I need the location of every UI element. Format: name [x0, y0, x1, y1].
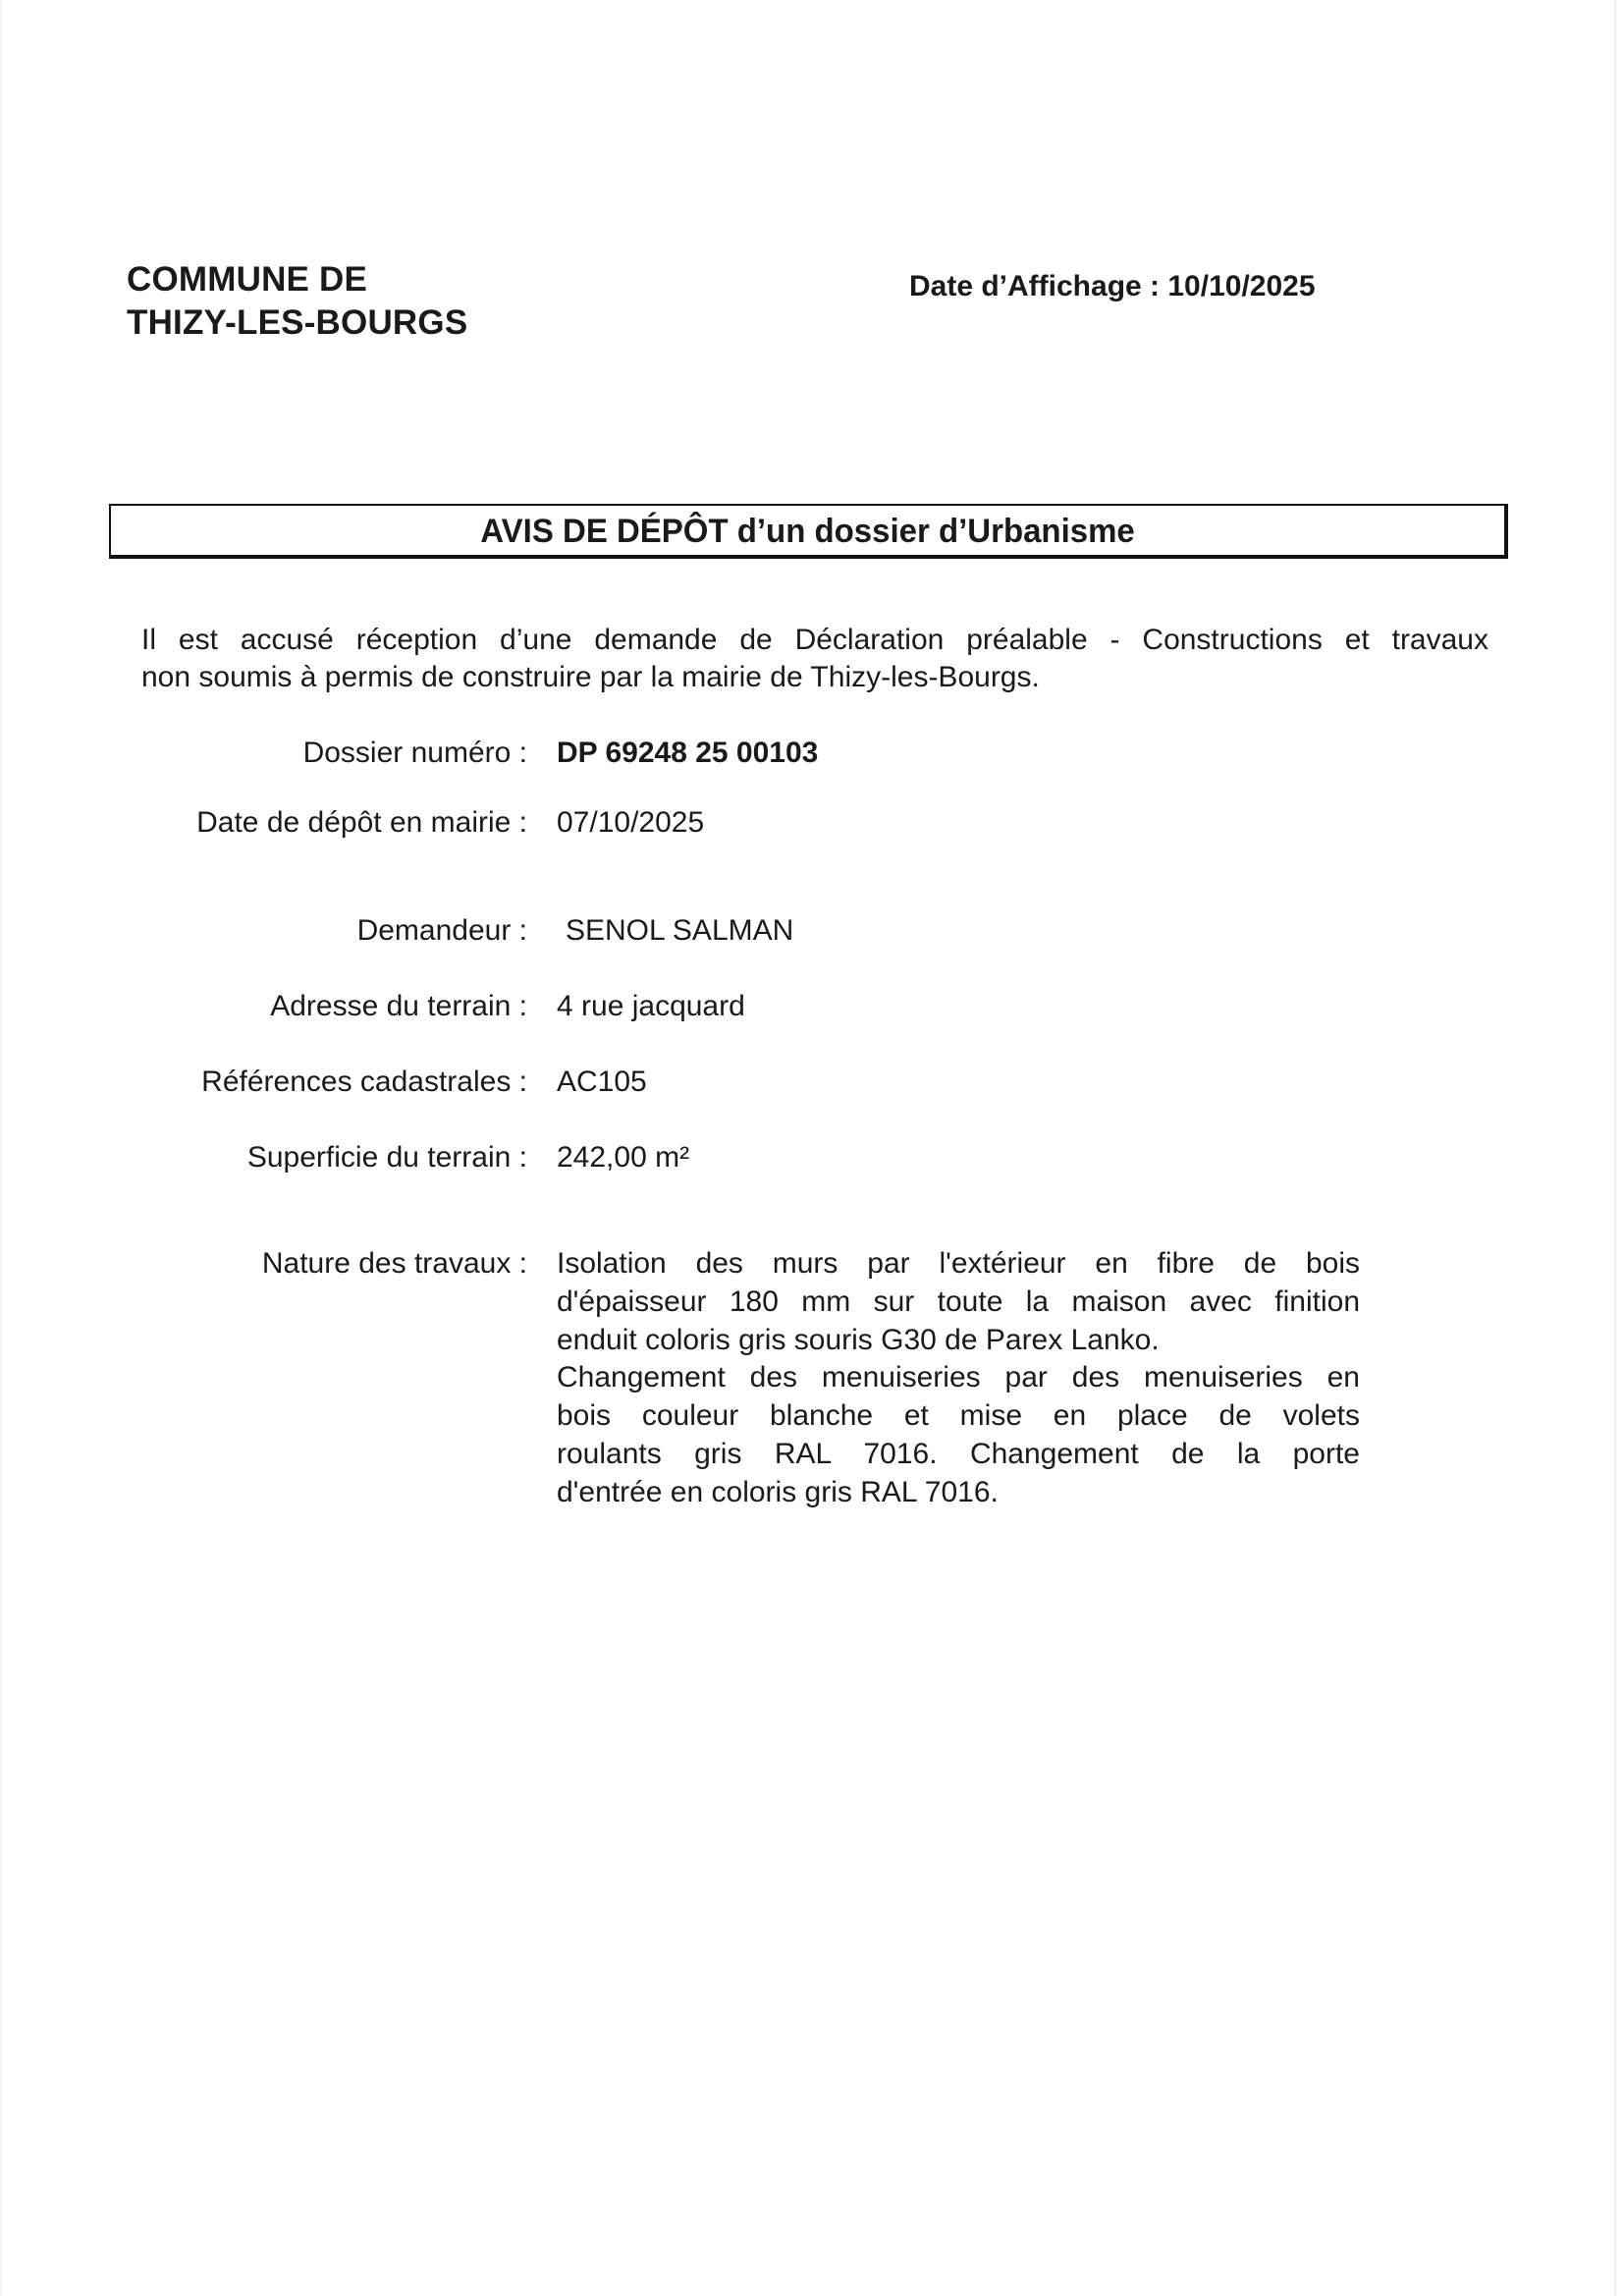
- nature-line: enduit coloris gris souris G30 de Parex …: [557, 1322, 1360, 1360]
- nature-line: d'épaisseur 180 mm sur toute la maison a…: [557, 1284, 1360, 1322]
- nature-line: roulants gris RAL 7016. Changement de la…: [557, 1436, 1360, 1474]
- commune-name: COMMUNE DE THIZY-LES-BOURGS: [127, 258, 467, 345]
- intro-line-1: Il est accusé réception d’une demande de…: [141, 622, 1488, 659]
- field-dossier-label: Dossier numéro :: [303, 735, 527, 772]
- field-adresse-label: Adresse du terrain :: [270, 988, 527, 1025]
- field-date-depot-value: 07/10/2025: [557, 804, 704, 842]
- field-cadastre-label: Références cadastrales :: [201, 1064, 527, 1101]
- display-date-label: Date d’Affichage :: [909, 270, 1160, 302]
- document-title-text: AVIS DE DÉPÔT d’un dossier d’Urbanisme: [480, 512, 1134, 551]
- display-date: Date d’Affichage : 10/10/2025: [909, 267, 1316, 306]
- field-superficie-value: 242,00 m²: [557, 1139, 689, 1176]
- nature-line: bois couleur blanche et mise en place de…: [557, 1397, 1360, 1436]
- nature-line: Changement des menuiseries par des menui…: [557, 1359, 1360, 1397]
- field-nature-value: Isolation des murs par l'extérieur en fi…: [557, 1245, 1360, 1512]
- display-date-value: 10/10/2025: [1167, 270, 1315, 302]
- field-nature-label: Nature des travaux :: [262, 1245, 527, 1283]
- title-box: AVIS DE DÉPÔT d’un dossier d’Urbanisme: [109, 504, 1508, 559]
- field-adresse-value: 4 rue jacquard: [557, 988, 745, 1025]
- nature-line: Isolation des murs par l'extérieur en fi…: [557, 1245, 1360, 1284]
- field-superficie-label: Superficie du terrain :: [247, 1139, 527, 1176]
- field-dossier-value: DP 69248 25 00103: [557, 735, 818, 772]
- field-cadastre-value: AC105: [557, 1064, 647, 1101]
- page-edge-left: [0, 0, 2, 2296]
- field-demandeur-value: SENOL SALMAN: [566, 912, 793, 950]
- commune-line-1: COMMUNE DE: [127, 258, 467, 301]
- commune-line-2: THIZY-LES-BOURGS: [127, 301, 467, 345]
- field-demandeur-label: Demandeur :: [357, 912, 527, 950]
- document-title: AVIS DE DÉPÔT d’un dossier d’Urbanisme: [111, 512, 1504, 551]
- nature-line: d'entrée en coloris gris RAL 7016.: [557, 1474, 1360, 1512]
- intro-line-2: non soumis à permis de construire par la…: [141, 659, 1488, 696]
- page-edge-right: [1614, 0, 1616, 2296]
- field-date-depot-label: Date de dépôt en mairie :: [196, 804, 527, 842]
- intro-paragraph: Il est accusé réception d’une demande de…: [141, 622, 1488, 696]
